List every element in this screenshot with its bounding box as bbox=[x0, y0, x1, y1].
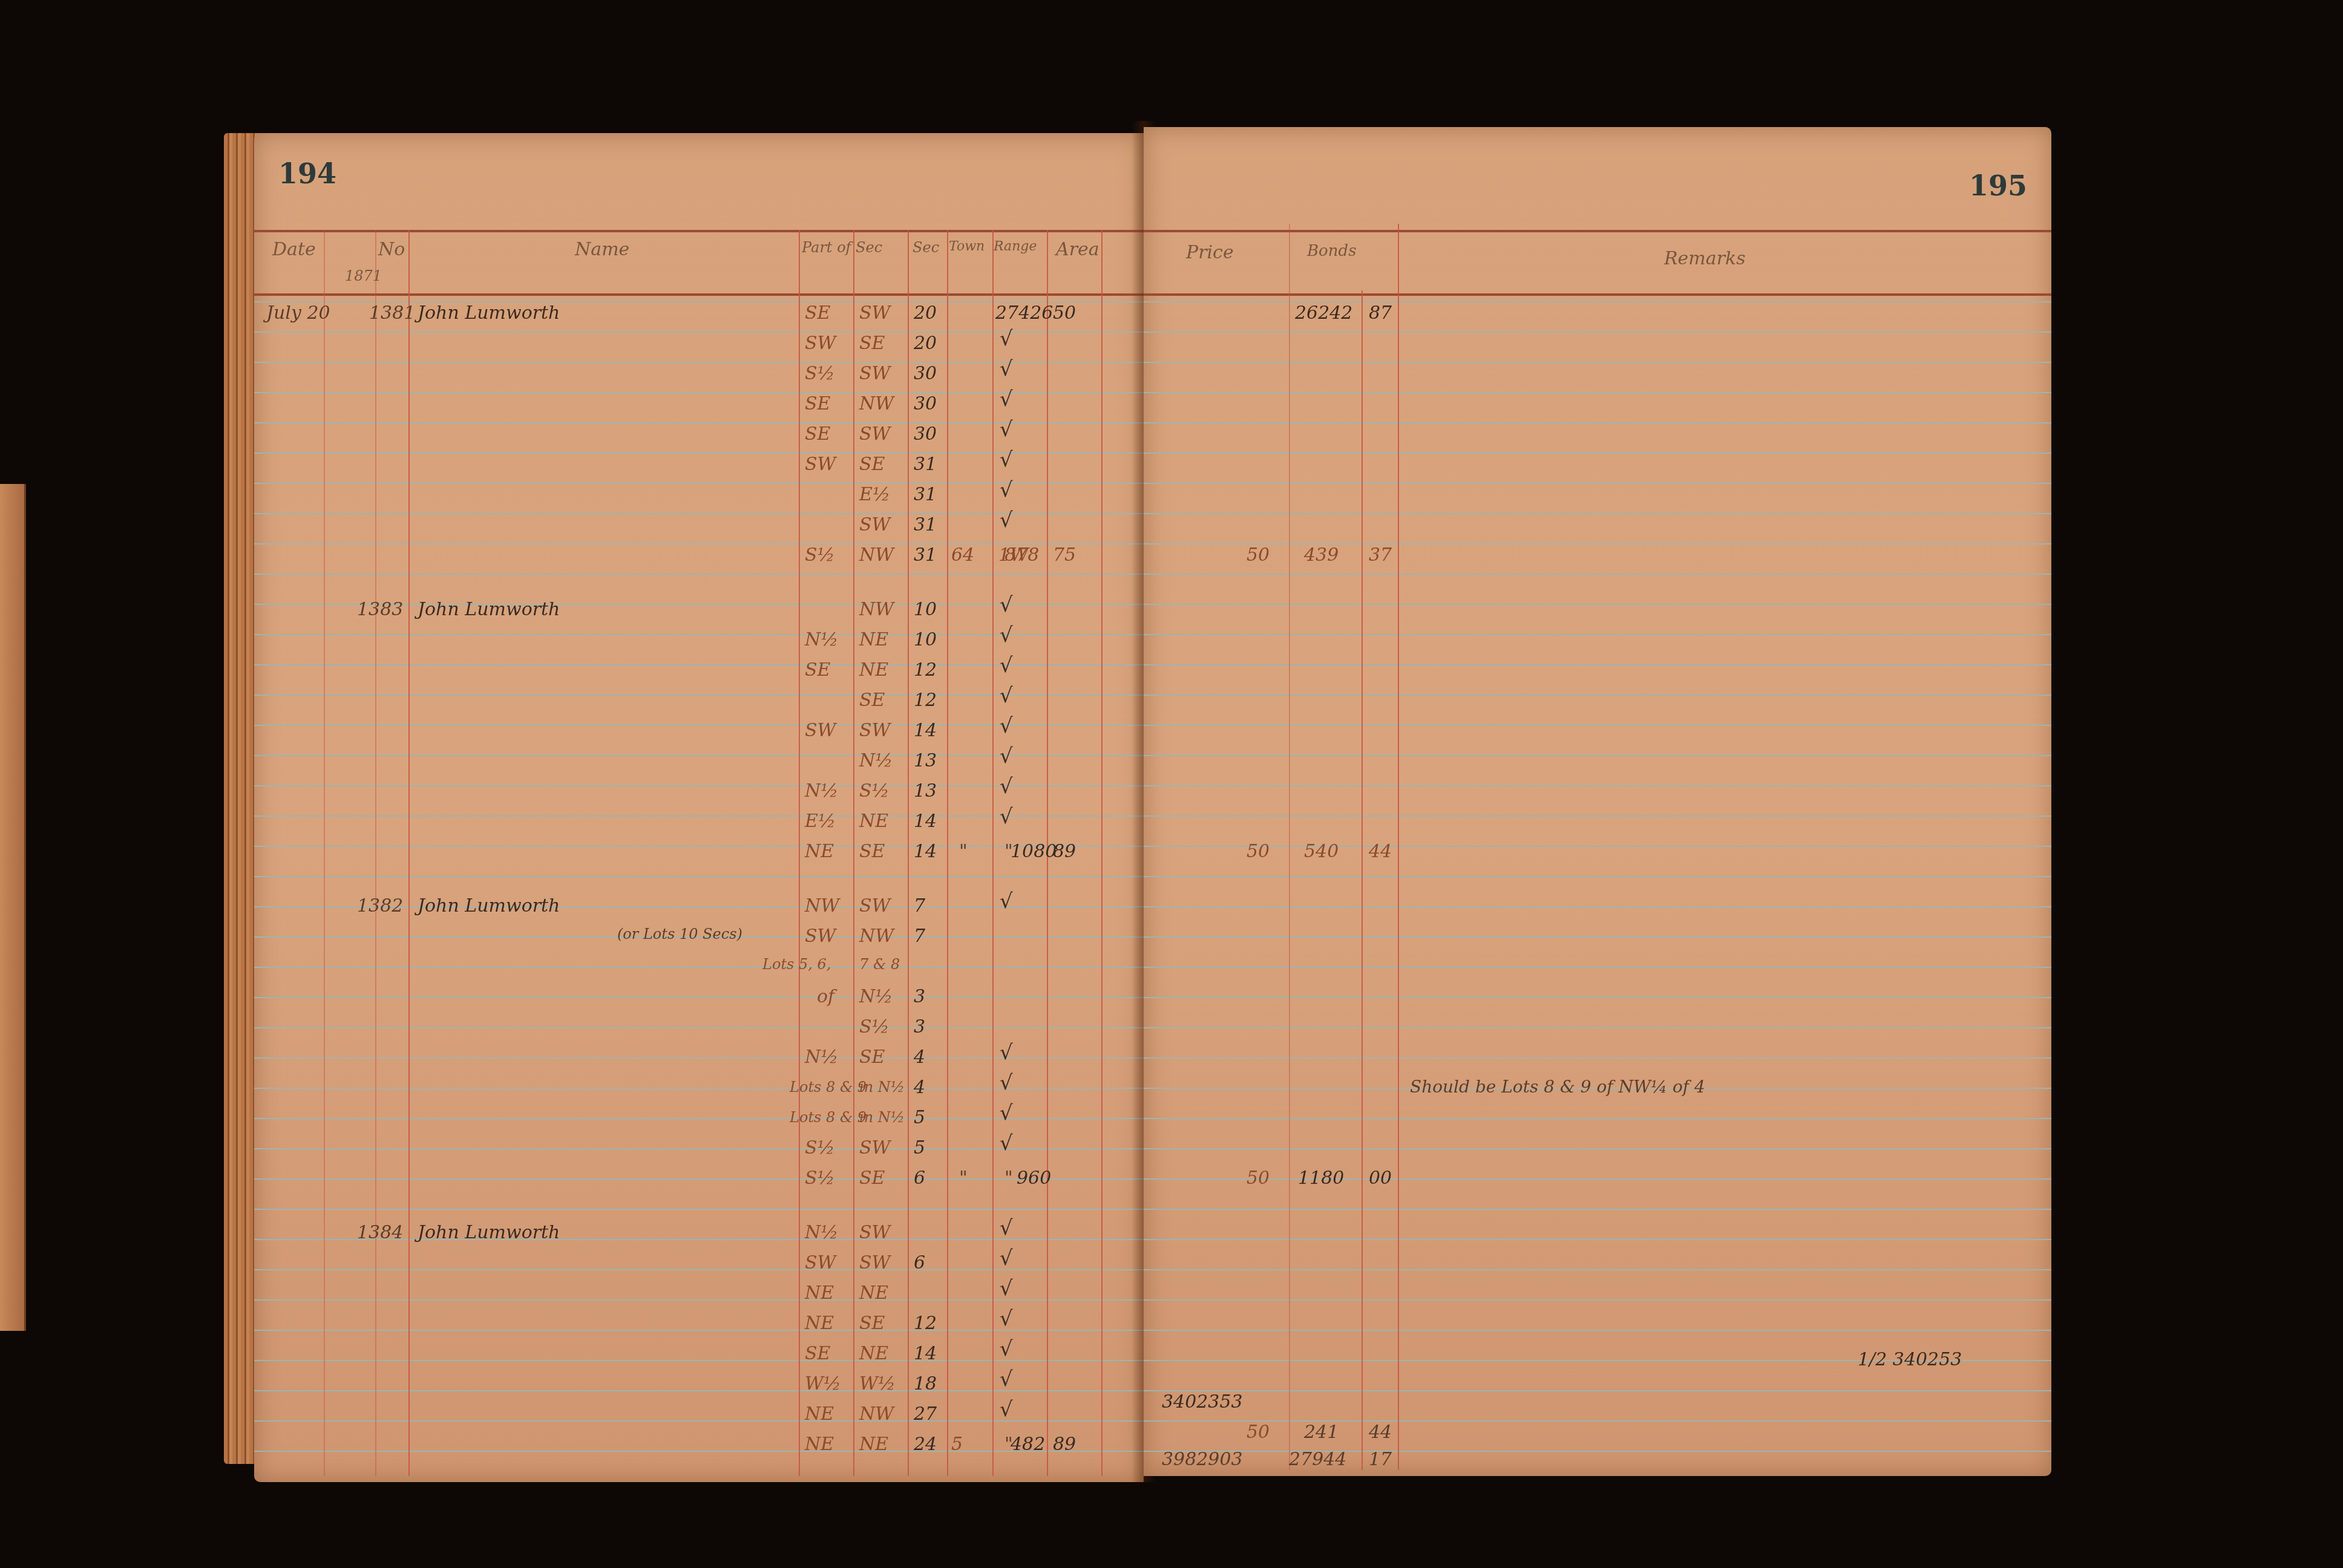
part-of-section: NE bbox=[859, 811, 888, 832]
section: 31 bbox=[914, 454, 937, 475]
check-mark-icon: √ bbox=[1000, 805, 1013, 829]
check-mark-icon: √ bbox=[1000, 417, 1013, 442]
part-of-section: NE bbox=[859, 1343, 888, 1364]
part-of-section: NE bbox=[805, 1313, 834, 1334]
township: " bbox=[959, 1168, 968, 1189]
part-of-section: NW bbox=[859, 1403, 894, 1425]
part-of-section: SW bbox=[859, 720, 890, 741]
part-of-section: NE bbox=[859, 629, 888, 650]
part-of-section: 7 & 8 bbox=[859, 956, 900, 973]
column-rule bbox=[375, 230, 376, 1476]
total-bonds-fraction: 17 bbox=[1369, 1449, 1392, 1470]
adjacent-book-edge bbox=[0, 484, 26, 1331]
part-of-section: SE bbox=[859, 1313, 885, 1334]
section: 3 bbox=[914, 1016, 925, 1037]
entry-name: John Lumworth bbox=[418, 302, 560, 324]
ledger-book: 194 Date 1871 No Name Part of Sec Sec To… bbox=[224, 121, 2051, 1482]
part-of-section: SW bbox=[805, 333, 836, 354]
entry-number: 1384 bbox=[357, 1222, 403, 1243]
part-of-section: SE bbox=[805, 1343, 830, 1364]
column-rule bbox=[853, 230, 854, 1476]
column-header-sec: Sec bbox=[913, 239, 939, 256]
section: 14 bbox=[914, 1343, 937, 1364]
section: 20 bbox=[914, 333, 937, 354]
check-mark-icon: √ bbox=[1000, 1216, 1013, 1240]
column-rule bbox=[1101, 230, 1103, 1476]
section: 7 bbox=[914, 926, 925, 947]
section: 30 bbox=[914, 363, 937, 384]
section: 31 bbox=[914, 544, 937, 566]
price: 50 bbox=[1247, 1422, 1270, 1443]
check-mark-icon: √ bbox=[1000, 714, 1013, 738]
area-fraction: 89 bbox=[1053, 841, 1076, 862]
column-header-town: Town bbox=[949, 239, 985, 254]
part-of-section: S½ bbox=[805, 363, 835, 384]
part-of-section: SE bbox=[859, 1047, 885, 1068]
check-mark-icon: √ bbox=[1000, 1276, 1013, 1301]
part-of-section: SW bbox=[859, 514, 890, 535]
section: 5 bbox=[914, 1107, 925, 1128]
area: 482 bbox=[1011, 1434, 1045, 1455]
check-mark-icon: √ bbox=[1000, 1337, 1013, 1361]
entry-area: 27426 bbox=[995, 302, 1053, 324]
part-of-section: SW bbox=[859, 1222, 890, 1243]
part-of-section: S½ bbox=[805, 1137, 835, 1158]
column-rule bbox=[947, 230, 948, 1476]
part-of-section: SE bbox=[805, 659, 830, 681]
part-of-section: SW bbox=[805, 720, 836, 741]
part-of-section: N½ bbox=[805, 1047, 838, 1068]
section: 31 bbox=[914, 484, 937, 505]
column-header-name: Name bbox=[575, 239, 629, 260]
column-rule bbox=[1289, 224, 1290, 1470]
price: 50 bbox=[1247, 544, 1270, 566]
part-of-section: SW bbox=[859, 895, 890, 916]
section: 14 bbox=[914, 841, 937, 862]
section: 5 bbox=[914, 1137, 925, 1158]
bonds-amount: 241 bbox=[1304, 1422, 1339, 1443]
left-page: 194 Date 1871 No Name Part of Sec Sec To… bbox=[254, 133, 1144, 1482]
part-of-section: NE bbox=[805, 1434, 834, 1455]
part-of-section: SE bbox=[805, 423, 830, 445]
section: 14 bbox=[914, 811, 937, 832]
entry-name: John Lumworth bbox=[418, 1222, 560, 1243]
part-of-section: NE bbox=[859, 1282, 888, 1304]
part-of-section: S½ bbox=[805, 1168, 835, 1189]
column-header-remarks: Remarks bbox=[1664, 248, 1746, 269]
bonds-fraction: 44 bbox=[1369, 1422, 1392, 1443]
section: 13 bbox=[914, 750, 937, 771]
part-of-section: SE bbox=[859, 333, 885, 354]
entry-number: 1382 bbox=[357, 895, 403, 916]
bonds-fraction: 44 bbox=[1369, 841, 1392, 862]
check-mark-icon: √ bbox=[1000, 623, 1013, 647]
part-of-section: SW bbox=[859, 363, 890, 384]
remark: Should be Lots 8 & 9 of NW¼ of 4 bbox=[1410, 1077, 1705, 1097]
part-of-section: SW bbox=[859, 302, 890, 324]
entry-name: John Lumworth bbox=[418, 599, 560, 620]
part-of-section: NW bbox=[859, 544, 894, 566]
part-of-section: E½ bbox=[859, 484, 890, 505]
header-bottom-rule bbox=[1144, 293, 2051, 296]
bonds-amount: 1180 bbox=[1298, 1168, 1344, 1189]
part-of-section: S½ bbox=[805, 544, 835, 566]
part-of-section: Lots 8 & 9 bbox=[790, 1109, 867, 1126]
part-of-section: NW bbox=[859, 599, 894, 620]
column-rule bbox=[992, 230, 994, 1476]
entry-name: John Lumworth bbox=[418, 895, 560, 916]
column-rule bbox=[408, 230, 410, 1476]
part-of-section: SW bbox=[859, 1137, 890, 1158]
part-of-section: S½ bbox=[859, 1016, 890, 1037]
part-of-section: Lots 5, 6, bbox=[762, 956, 831, 973]
section: 12 bbox=[914, 690, 937, 711]
part-of-section: W½ bbox=[859, 1373, 896, 1394]
check-mark-icon: √ bbox=[1000, 889, 1013, 913]
section: 12 bbox=[914, 659, 937, 681]
entry-area-fraction: 50 bbox=[1053, 302, 1076, 324]
part-of-section: Lots 8 & 9 bbox=[790, 1079, 867, 1096]
section: 6 bbox=[914, 1252, 925, 1273]
area-fraction: 89 bbox=[1053, 1434, 1076, 1455]
part-of-section: SW bbox=[859, 1252, 890, 1273]
part-of-section: NW bbox=[805, 895, 839, 916]
part-of-section: N½ bbox=[859, 986, 893, 1007]
area: 960 bbox=[1017, 1168, 1051, 1189]
entry-number: 1381 bbox=[369, 302, 415, 324]
subtotal-area: 3402353 bbox=[1162, 1391, 1243, 1413]
bonds-fraction: 87 bbox=[1369, 302, 1392, 324]
check-mark-icon: √ bbox=[1000, 1246, 1013, 1270]
check-mark-icon: √ bbox=[1000, 1040, 1013, 1065]
part-of-section: NE bbox=[805, 1282, 834, 1304]
check-mark-icon: √ bbox=[1000, 684, 1013, 708]
column-rule bbox=[1398, 224, 1399, 1470]
page-number: 195 bbox=[1969, 169, 2027, 202]
entry-date: July 20 bbox=[266, 302, 330, 324]
part-of-section: in N½ bbox=[859, 1079, 905, 1096]
check-mark-icon: √ bbox=[1000, 1307, 1013, 1331]
part-of-section: S½ bbox=[859, 780, 890, 802]
column-header-no: No bbox=[378, 239, 405, 260]
section: 12 bbox=[914, 1313, 937, 1334]
header-bottom-rule bbox=[254, 293, 1144, 296]
entry-name-note: (or Lots 10 Secs) bbox=[617, 926, 742, 942]
section: 10 bbox=[914, 599, 937, 620]
column-rule bbox=[799, 230, 800, 1476]
section: 27 bbox=[914, 1403, 937, 1425]
column-header-part-of-sec: Part of Sec bbox=[802, 239, 882, 256]
part-of-section: N½ bbox=[805, 780, 838, 802]
section: 31 bbox=[914, 514, 937, 535]
check-mark-icon: √ bbox=[1000, 1367, 1013, 1391]
check-mark-icon: √ bbox=[1000, 478, 1013, 502]
part-of-section: SE bbox=[859, 454, 885, 475]
part-of-section: SE bbox=[805, 302, 830, 324]
bonds-amount: 540 bbox=[1304, 841, 1339, 862]
column-rule bbox=[908, 230, 909, 1476]
area-fraction: 75 bbox=[1053, 544, 1076, 566]
part-of-section: NE bbox=[859, 1434, 888, 1455]
section: 3 bbox=[914, 986, 925, 1007]
township: " bbox=[959, 841, 968, 862]
check-mark-icon: √ bbox=[1000, 1131, 1013, 1155]
column-header-range: Range bbox=[994, 239, 1037, 254]
section: 13 bbox=[914, 780, 937, 802]
ruled-lines bbox=[1144, 272, 2051, 1464]
right-page: 195 Price Bonds Remarks 26242 87 50 439 … bbox=[1144, 127, 2051, 1476]
part-of-section: of bbox=[817, 986, 834, 1007]
part-of-section: SE bbox=[859, 690, 885, 711]
part-of-section: N½ bbox=[805, 1222, 838, 1243]
part-of-section: NE bbox=[805, 841, 834, 862]
year-heading: 1871 bbox=[345, 267, 382, 284]
column-rule bbox=[324, 230, 325, 1476]
section: 4 bbox=[914, 1077, 925, 1098]
check-mark-icon: √ bbox=[1000, 1397, 1013, 1422]
section: 30 bbox=[914, 423, 937, 445]
part-of-section: SW bbox=[805, 926, 836, 947]
part-of-section: W½ bbox=[805, 1373, 841, 1394]
township: 64 bbox=[951, 544, 974, 566]
column-header-bonds: Bonds bbox=[1307, 242, 1357, 260]
column-rule bbox=[1362, 290, 1363, 1470]
section: 4 bbox=[914, 1047, 925, 1068]
header-top-rule bbox=[1144, 230, 2051, 232]
total-bonds: 27944 bbox=[1289, 1449, 1346, 1470]
check-mark-icon: √ bbox=[1000, 508, 1013, 532]
check-mark-icon: √ bbox=[1000, 593, 1013, 617]
part-of-section: SW bbox=[805, 454, 836, 475]
part-of-section: SE bbox=[859, 1168, 885, 1189]
column-header-area: Area bbox=[1056, 239, 1099, 260]
part-of-section: SE bbox=[859, 841, 885, 862]
bonds-fraction: 00 bbox=[1369, 1168, 1392, 1189]
check-mark-icon: √ bbox=[1000, 448, 1013, 472]
check-mark-icon: √ bbox=[1000, 327, 1013, 351]
part-of-section: SW bbox=[859, 423, 890, 445]
part-of-section: E½ bbox=[805, 811, 836, 832]
footnote: 1/2 340253 bbox=[1858, 1349, 1962, 1370]
check-mark-icon: √ bbox=[1000, 744, 1013, 768]
part-of-section: NW bbox=[859, 926, 894, 947]
section: 7 bbox=[914, 895, 925, 916]
area: 878 bbox=[1004, 544, 1039, 566]
township: 5 bbox=[951, 1434, 963, 1455]
bonds-amount: 439 bbox=[1304, 544, 1339, 566]
section: 6 bbox=[914, 1168, 925, 1189]
entry-number: 1383 bbox=[357, 599, 403, 620]
part-of-section: NW bbox=[859, 393, 894, 414]
area: 1080 bbox=[1011, 841, 1057, 862]
section: 24 bbox=[914, 1434, 937, 1455]
check-mark-icon: √ bbox=[1000, 387, 1013, 411]
section: 14 bbox=[914, 720, 937, 741]
column-header-date: Date bbox=[272, 239, 316, 260]
section: 10 bbox=[914, 629, 937, 650]
check-mark-icon: √ bbox=[1000, 357, 1013, 381]
part-of-section: N½ bbox=[805, 629, 838, 650]
total-area: 3982903 bbox=[1162, 1449, 1243, 1470]
bonds-fraction: 37 bbox=[1369, 544, 1392, 566]
column-header-price: Price bbox=[1186, 242, 1234, 263]
page-number: 194 bbox=[278, 157, 336, 190]
part-of-section: in N½ bbox=[859, 1109, 905, 1126]
check-mark-icon: √ bbox=[1000, 774, 1013, 799]
section: 18 bbox=[914, 1373, 937, 1394]
check-mark-icon: √ bbox=[1000, 1071, 1013, 1095]
section: 30 bbox=[914, 393, 937, 414]
part-of-section: SE bbox=[805, 393, 830, 414]
header-top-rule bbox=[254, 230, 1144, 232]
part-of-section: NE bbox=[805, 1403, 834, 1425]
check-mark-icon: √ bbox=[1000, 1101, 1013, 1125]
check-mark-icon: √ bbox=[1000, 653, 1013, 678]
price: 50 bbox=[1247, 841, 1270, 862]
bonds-amount: 26242 bbox=[1295, 302, 1352, 324]
section: 20 bbox=[914, 302, 937, 324]
part-of-section: SW bbox=[805, 1252, 836, 1273]
part-of-section: N½ bbox=[859, 750, 893, 771]
price: 50 bbox=[1247, 1168, 1270, 1189]
range: " bbox=[1004, 1168, 1013, 1189]
part-of-section: NE bbox=[859, 659, 888, 681]
